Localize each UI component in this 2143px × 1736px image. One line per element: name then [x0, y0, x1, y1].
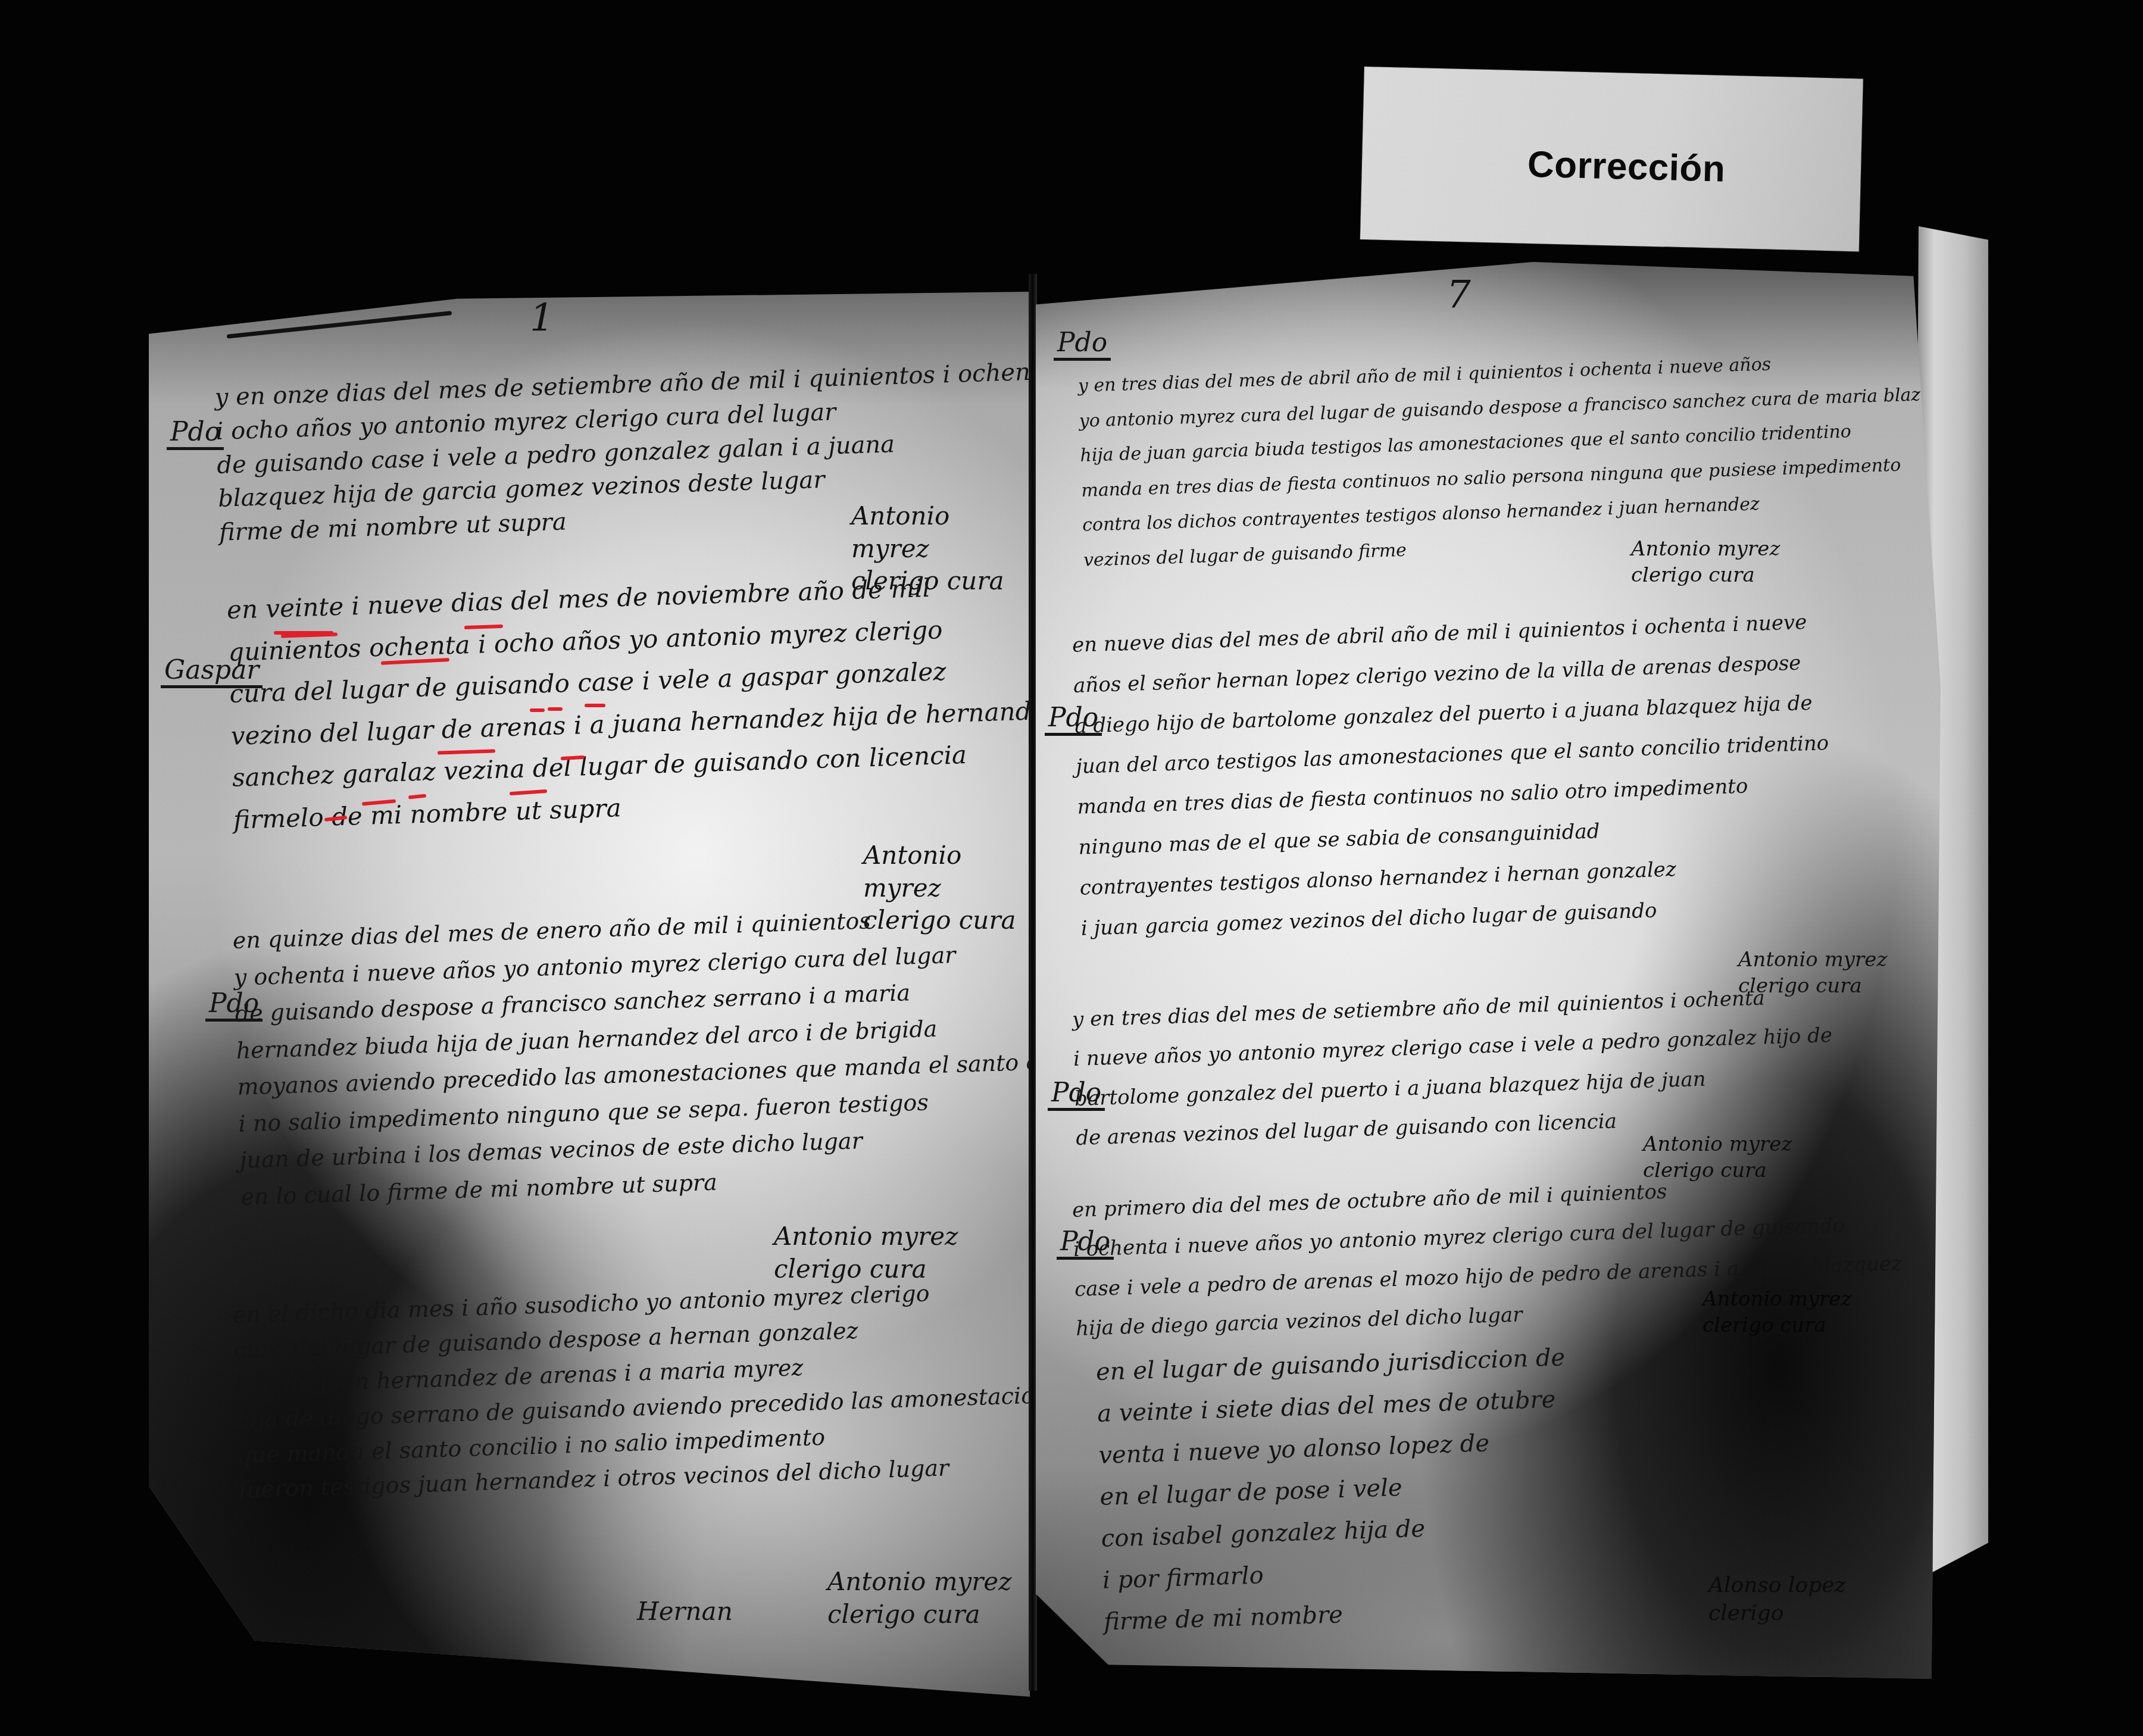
- red-underline: [548, 707, 563, 711]
- priest-signature: Antonio myrez clerigo cura: [827, 1566, 1011, 1631]
- priest-signature: Antonio myrez clerigo cura: [1702, 1286, 1851, 1338]
- red-underline: [585, 704, 605, 707]
- book-spine: [1029, 274, 1037, 1691]
- register-entry-annotated: en veinte i nueve dias del mes de noviem…: [226, 564, 1030, 841]
- correction-label: Corrección: [1527, 143, 1726, 191]
- left-page: 1 Pdo Gaspar Pdo y en onze dias del mes …: [149, 292, 1030, 1697]
- witness-signature: Hernan: [637, 1596, 733, 1628]
- register-entry: en nueve dias del mes de abril año de mi…: [1071, 601, 1835, 948]
- register-entry: en quinze dias del mes de enero año de m…: [232, 895, 1030, 1216]
- register-entry: en el lugar de guisando jurisdiccion de …: [1095, 1337, 1573, 1643]
- folio-flourish: [227, 311, 452, 339]
- margin-note-pdo: Pdo: [1054, 327, 1111, 361]
- folio-number-right: 7: [1447, 273, 1471, 317]
- priest-signature: Alonso lopez clerigo: [1708, 1572, 1845, 1628]
- red-underline: [530, 708, 545, 712]
- priest-signature: Antonio myrez clerigo cura: [1631, 536, 1780, 588]
- register-entry: en el dicho dia mes i año susodicho yo a…: [232, 1272, 1030, 1508]
- correction-label-card: Corrección: [1360, 67, 1863, 251]
- register-entry: y en tres dias del mes de abril año de m…: [1077, 341, 1941, 578]
- manuscript-book: 1 Pdo Gaspar Pdo y en onze dias del mes …: [149, 226, 1982, 1703]
- folio-number-left: 1: [530, 296, 554, 341]
- right-page: 7 Pdo Pdo Pdo Pdo y en tres dias del mes…: [1036, 262, 1941, 1679]
